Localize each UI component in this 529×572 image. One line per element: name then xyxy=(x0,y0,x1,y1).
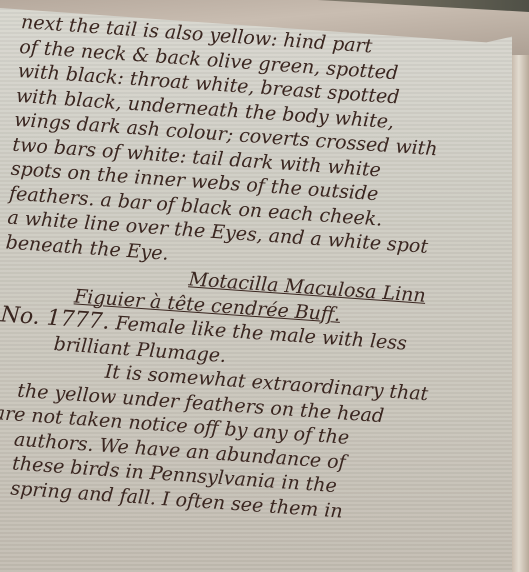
page-edge xyxy=(512,55,529,572)
manuscript-text: next the tail is also yellow: hind part … xyxy=(0,10,501,532)
